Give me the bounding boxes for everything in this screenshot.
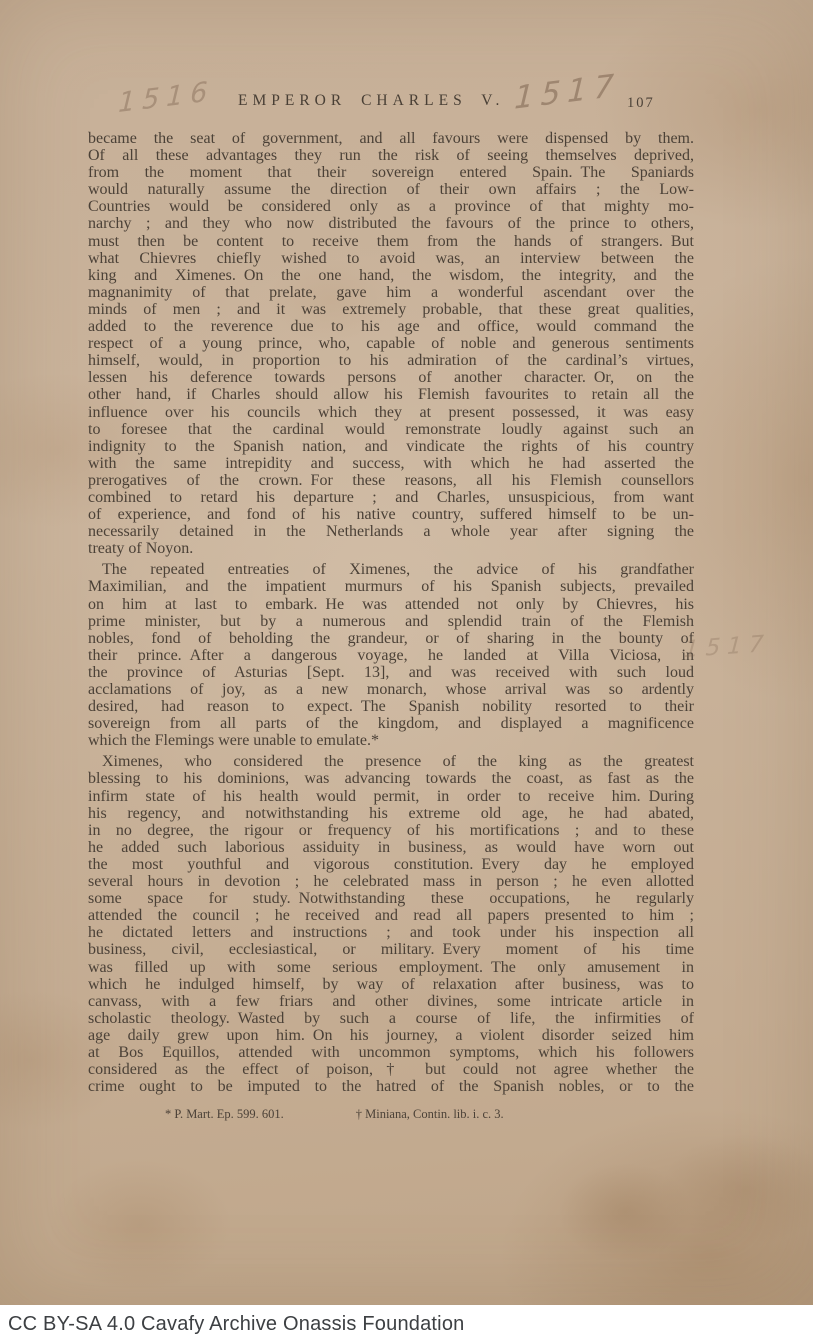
handwritten-year-right-margin: 1517 xyxy=(683,631,771,663)
footnote-2-marker: † xyxy=(356,1107,362,1121)
text-line: minds of men ; and it was extremely prob… xyxy=(88,301,694,318)
text-line: The repeated entreaties of Ximenes, the … xyxy=(88,561,694,578)
footnote-2: † Miniana, Contin. lib. i. c. 3. xyxy=(356,1107,504,1122)
paragraph: became the seat of government, and all f… xyxy=(88,130,694,557)
running-title: EMPEROR CHARLES V. xyxy=(238,92,504,110)
text-line: king and Ximenes. On the one hand, the w… xyxy=(88,267,694,284)
handwritten-year-top-left: 1516 xyxy=(118,76,216,119)
text-line: he dictated letters and instructions ; a… xyxy=(88,924,694,941)
handwritten-year-header-right: 1517 xyxy=(513,67,621,117)
footnotes-row: * P. Mart. Ep. 599. 601. † Miniana, Cont… xyxy=(85,1107,705,1122)
text-line: must then be content to receive them fro… xyxy=(88,233,694,250)
text-line: acclamations of joy, as a new monarch, w… xyxy=(88,681,694,698)
text-line: Ximenes, who considered the presence of … xyxy=(88,753,694,770)
text-line: of experience, and fond of his native co… xyxy=(88,506,694,523)
text-line: their prince. After a dangerous voyage, … xyxy=(88,647,694,664)
text-line: Countries would be considered only as a … xyxy=(88,198,694,215)
text-line: business, civil, ecclesiastical, or mili… xyxy=(88,941,694,958)
text-line: infirm state of his health would permit,… xyxy=(88,788,694,805)
text-line: prerogatives of the crown. For these rea… xyxy=(88,472,694,489)
page-number: 107 xyxy=(627,95,655,112)
text-line: indignity to the Spanish nation, and vin… xyxy=(88,438,694,455)
text-line: respect of a young prince, who, capable … xyxy=(88,335,694,352)
paragraph: The repeated entreaties of Ximenes, the … xyxy=(88,561,694,749)
page-text-block: became the seat of government, and all f… xyxy=(88,130,694,1095)
text-line: which the Flemings were unable to emulat… xyxy=(88,732,694,749)
footnote-1: * P. Mart. Ep. 599. 601. xyxy=(165,1107,284,1122)
text-line: the province of Asturias [Sept. 13], and… xyxy=(88,664,694,681)
text-line: necessarily detained in the Netherlands … xyxy=(88,523,694,540)
text-line: scholastic theology. Wasted by such a co… xyxy=(88,1010,694,1027)
book-page-paper: 1516 EMPEROR CHARLES V. 1517 107 became … xyxy=(0,0,813,1305)
text-line: the most youthful and vigorous constitut… xyxy=(88,856,694,873)
text-line: considered as the effect of poison,† but… xyxy=(88,1061,694,1078)
footnote-2-text: Miniana, Contin. lib. i. c. 3. xyxy=(365,1107,504,1121)
text-line: in no degree, the rigour or frequency of… xyxy=(88,822,694,839)
text-line: canvass, with a few friars and other div… xyxy=(88,993,694,1010)
text-line: himself, would, in proportion to his adm… xyxy=(88,352,694,369)
text-line: narchy ; and they who now distributed th… xyxy=(88,215,694,232)
license-bar: CC BY-SA 4.0 Cavafy Archive Onassis Foun… xyxy=(0,1305,813,1343)
text-line: to foresee that the cardinal would remon… xyxy=(88,421,694,438)
text-line: magnanimity of that prelate, gave him a … xyxy=(88,284,694,301)
text-line: Maximilian, and the impatient murmurs of… xyxy=(88,578,694,595)
text-line: what Chievres chiefly wished to avoid wa… xyxy=(88,250,694,267)
text-line: at Bos Equillos, attended with uncommon … xyxy=(88,1044,694,1061)
text-line: crime ought to be imputed to the hatred … xyxy=(88,1078,694,1095)
footnote-1-text: P. Mart. Ep. 599. 601. xyxy=(174,1107,283,1121)
text-line: was filled up with some serious employme… xyxy=(88,959,694,976)
text-line: became the seat of government, and all f… xyxy=(88,130,694,147)
text-line: influence over his councils which they a… xyxy=(88,404,694,421)
text-line: he added such laborious assiduity in bus… xyxy=(88,839,694,856)
text-line: from the moment that their sovereign ent… xyxy=(88,164,694,181)
text-line: lessen his deference towards persons of … xyxy=(88,369,694,386)
text-line: treaty of Noyon. xyxy=(88,540,694,557)
text-line: desired, had reason to expect. The Spani… xyxy=(88,698,694,715)
text-line: nobles, fond of beholding the grandeur, … xyxy=(88,630,694,647)
text-line: sovereign from all parts of the kingdom,… xyxy=(88,715,694,732)
license-text: CC BY-SA 4.0 Cavafy Archive Onassis Foun… xyxy=(0,1313,464,1336)
paragraph: Ximenes, who considered the presence of … xyxy=(88,753,694,1095)
text-line: other hand, if Charles should allow his … xyxy=(88,386,694,403)
footnote-1-marker: * xyxy=(165,1107,171,1121)
text-line: age daily grew upon him. On his journey,… xyxy=(88,1027,694,1044)
text-line: prime minister, but by a numerous and sp… xyxy=(88,613,694,630)
text-line: with the same intrepidity and success, w… xyxy=(88,455,694,472)
text-line: combined to retard his departure ; and C… xyxy=(88,489,694,506)
text-line: several hours in devotion ; he celebrate… xyxy=(88,873,694,890)
text-line: Of all these advantages they run the ris… xyxy=(88,147,694,164)
text-line: blessing to his dominions, was advancing… xyxy=(88,770,694,787)
scanned-book-page: 1516 EMPEROR CHARLES V. 1517 107 became … xyxy=(0,0,813,1343)
text-line: some space for study. Notwithstanding th… xyxy=(88,890,694,907)
text-line: would naturally assume the direction of … xyxy=(88,181,694,198)
text-line: attended the council ; he received and r… xyxy=(88,907,694,924)
text-line: on him at last to embark. He was attende… xyxy=(88,596,694,613)
text-line: added to the reverence due to his age an… xyxy=(88,318,694,335)
text-line: his regency, and notwithstanding his ext… xyxy=(88,805,694,822)
text-line: which he indulged himself, by way of rel… xyxy=(88,976,694,993)
